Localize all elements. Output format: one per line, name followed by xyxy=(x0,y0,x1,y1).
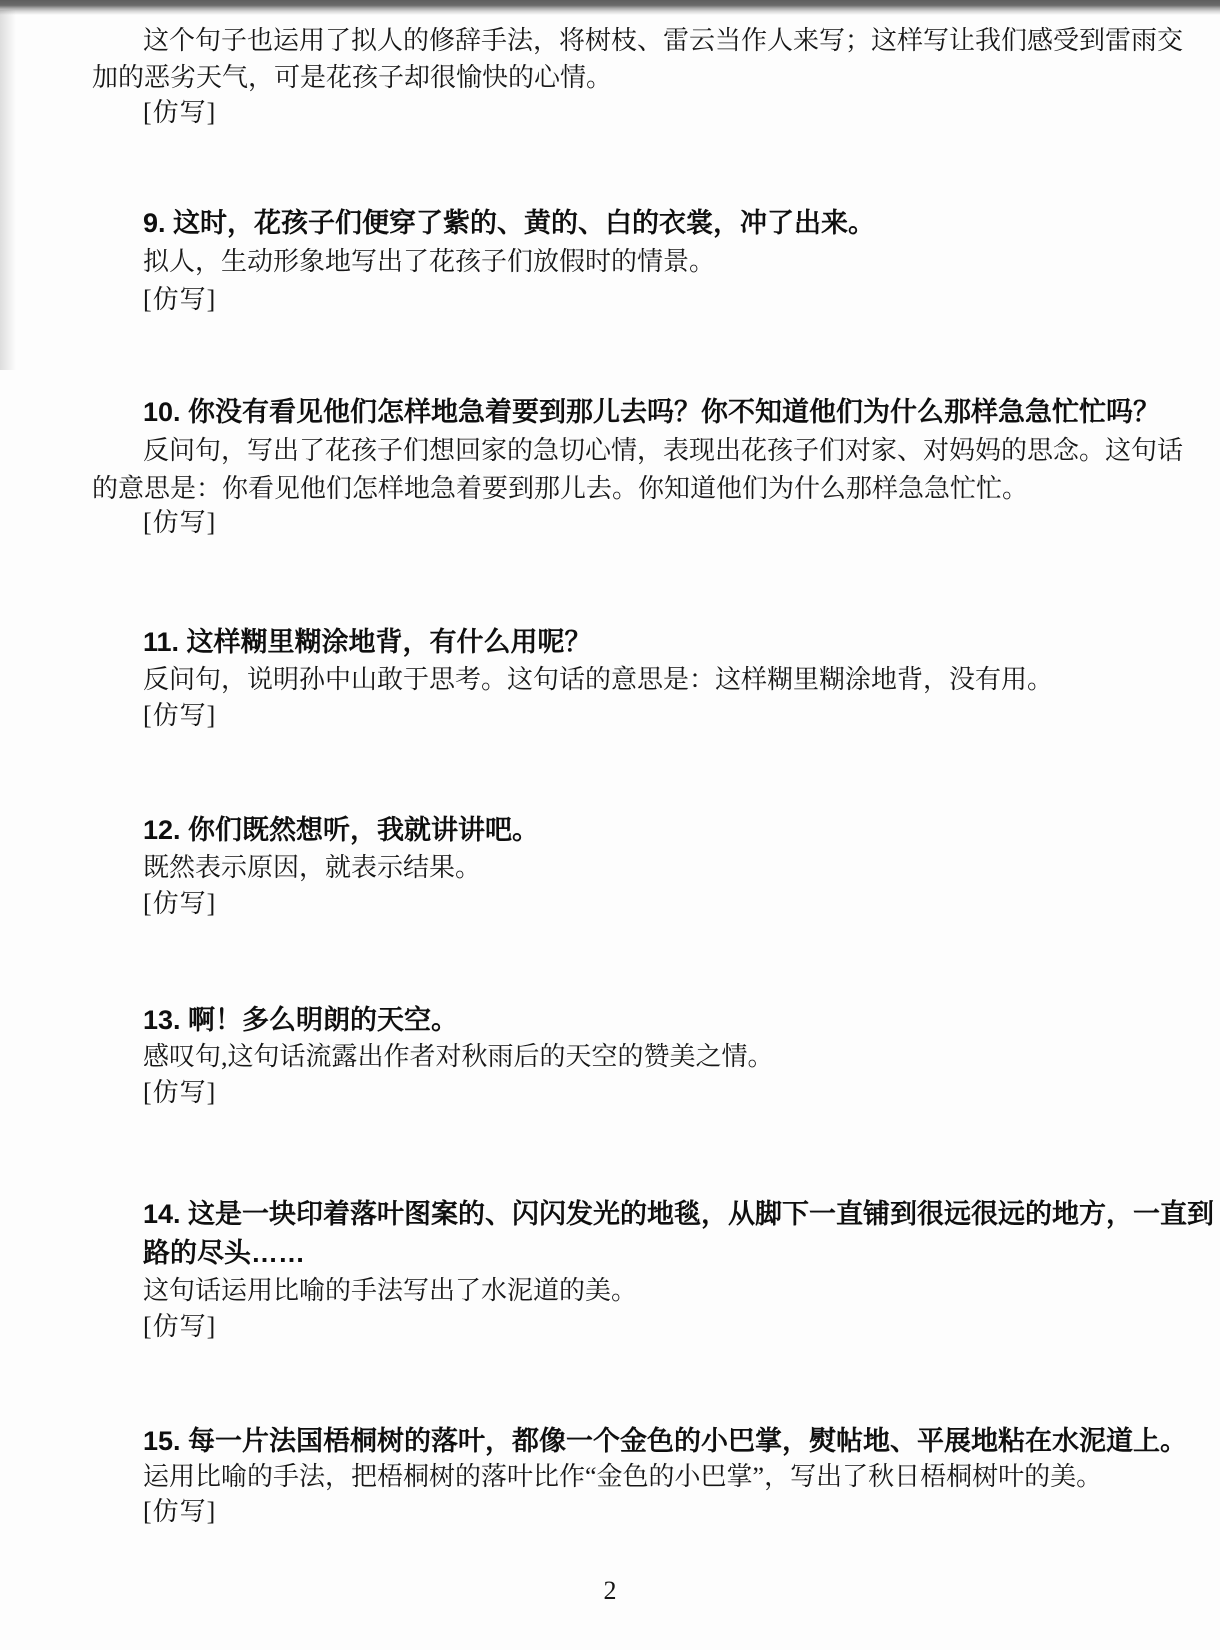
item-15-sentence: 15. 每一片法国梧桐树的落叶，都像一个金色的小巴掌，熨帖地、平展地粘在水泥道上… xyxy=(143,1426,1187,1457)
intro-imitate-label: [仿写] xyxy=(143,98,216,128)
item-11-imitate-label: [仿写] xyxy=(143,701,216,731)
page-number: 2 xyxy=(0,1576,1220,1606)
item-13-sentence: 13. 啊！多么明朗的天空。 xyxy=(143,1005,458,1036)
item-9-analysis: 拟人，生动形象地写出了花孩子们放假时的情景。 xyxy=(143,247,715,277)
worksheet-page: 这个句子也运用了拟人的修辞手法，将树枝、雷云当作人来写；这样写让我们感受到雷雨交… xyxy=(0,0,1220,1650)
item-14-imitate-label: [仿写] xyxy=(143,1312,216,1342)
item-15-imitate-label: [仿写] xyxy=(143,1497,216,1527)
item-12-analysis: 既然表示原因，就表示结果。 xyxy=(143,853,481,883)
item-13-analysis: 感叹句,这句话流露出作者对秋雨后的天空的赞美之情。 xyxy=(143,1042,774,1072)
item-14-analysis: 这句话运用比喻的手法写出了水泥道的美。 xyxy=(143,1276,637,1306)
item-14-sentence-line-2: 路的尽头…… xyxy=(143,1238,305,1269)
item-12-sentence: 12. 你们既然想听，我就讲讲吧。 xyxy=(143,815,539,846)
item-10-analysis-line-2: 的意思是：你看见他们怎样地急着要到那儿去。你知道他们为什么那样急急忙忙。 xyxy=(92,474,1028,504)
item-10-imitate-label: [仿写] xyxy=(143,508,216,538)
item-11-sentence: 11. 这样糊里糊涂地背，有什么用呢？ xyxy=(143,627,592,658)
item-15-analysis: 运用比喻的手法，把梧桐树的落叶比作“金色的小巴掌”，写出了秋日梧桐树叶的美。 xyxy=(143,1462,1102,1492)
item-12-imitate-label: [仿写] xyxy=(143,889,216,919)
item-10-analysis-line-1: 反问句，写出了花孩子们想回家的急切心情，表现出花孩子们对家、对妈妈的思念。这句话 xyxy=(143,436,1183,466)
item-13-imitate-label: [仿写] xyxy=(143,1078,216,1108)
item-11-analysis: 反问句，说明孙中山敢于思考。这句话的意思是：这样糊里糊涂地背，没有用。 xyxy=(143,665,1053,695)
scan-edge-left xyxy=(0,10,16,370)
intro-analysis-line-1: 这个句子也运用了拟人的修辞手法，将树枝、雷云当作人来写；这样写让我们感受到雷雨交 xyxy=(143,26,1183,56)
scan-edge-top xyxy=(0,0,1220,15)
item-14-sentence-line-1: 14. 这是一块印着落叶图案的、闪闪发光的地毯，从脚下一直铺到很远很远的地方，一… xyxy=(143,1199,1214,1230)
item-9-imitate-label: [仿写] xyxy=(143,285,216,315)
item-9-sentence: 9. 这时，花孩子们便穿了紫的、黄的、白的衣裳，冲了出来。 xyxy=(143,208,875,239)
intro-analysis-line-2: 加的恶劣天气，可是花孩子却很愉快的心情。 xyxy=(92,63,612,93)
item-10-sentence: 10. 你没有看见他们怎样地急着要到那儿去吗？你不知道他们为什么那样急急忙忙吗？ xyxy=(143,397,1160,428)
